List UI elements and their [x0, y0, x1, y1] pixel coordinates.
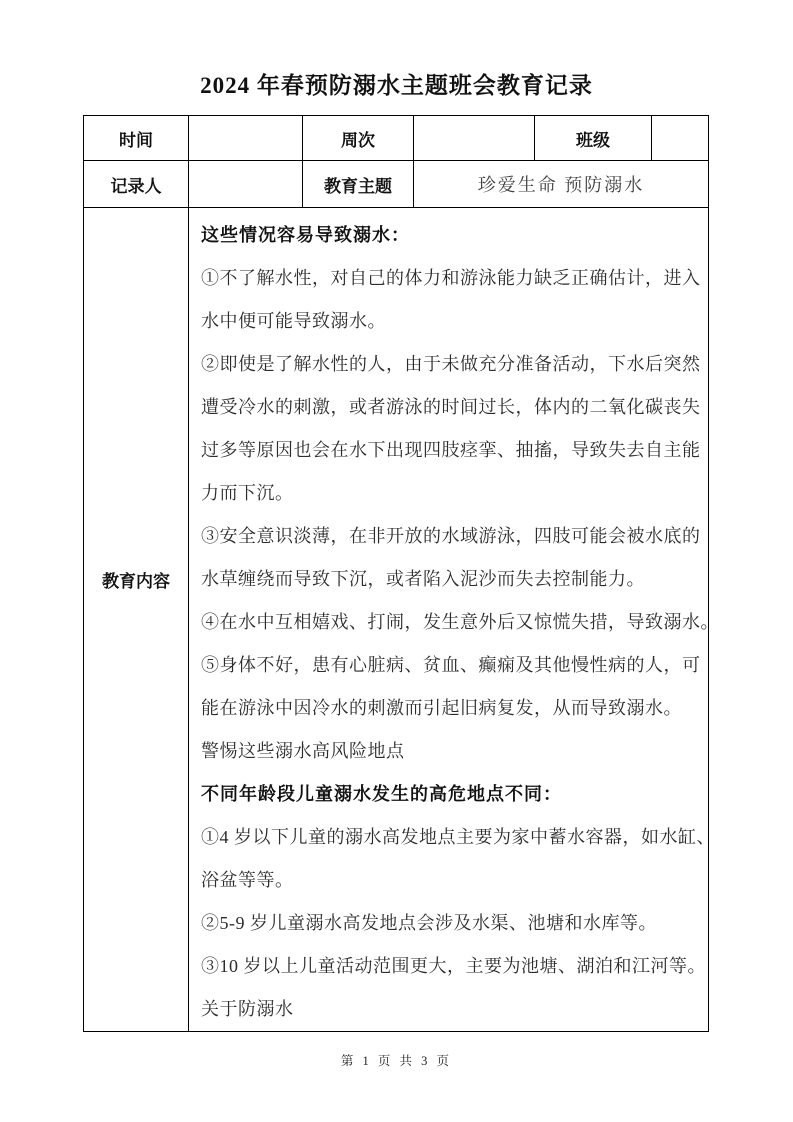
form-row-content: 教育内容 这些情况容易导致溺水： ①不了解水性，对自己的体力和游泳能力缺乏正确估… [84, 208, 709, 1032]
content-line: ③安全意识淡薄，在非开放的水域游泳，四肢可能会被水底的 [201, 515, 700, 558]
content-line: ③10 岁以上儿童活动范围更大，主要为池塘、湖泊和江河等。 [201, 945, 700, 988]
content-line: 警惕这些溺水高风险地点 [201, 730, 700, 773]
content-line: ⑤身体不好，患有心脏病、贫血、癫痫及其他慢性病的人，可 [201, 644, 700, 687]
page-number-footer: 第 1 页 共 3 页 [0, 1051, 793, 1069]
content-line: ②即使是了解水性的人，由于未做充分准备活动，下水后突然 [201, 343, 700, 386]
record-form-table: 时间 周次 班级 记录人 教育主题 珍爱生命 预防溺水 教育内容 这些情况容易导… [83, 115, 709, 1032]
form-row-header: 时间 周次 班级 [84, 116, 709, 161]
theme-value: 珍爱生命 预防溺水 [414, 161, 709, 208]
content-line: 不同年龄段儿童溺水发生的高危地点不同： [201, 773, 700, 816]
content-line: 力而下沉。 [201, 472, 700, 515]
class-value-cell [652, 116, 709, 161]
content-line: ④在水中互相嬉戏、打闹，发生意外后又惊慌失措，导致溺水。 [201, 601, 700, 644]
form-row-recorder: 记录人 教育主题 珍爱生命 预防溺水 [84, 161, 709, 208]
content-line: 过多等原因也会在水下出现四肢痉挛、抽搐，导致失去自主能 [201, 429, 700, 472]
content-line: 关于防溺水 [201, 988, 700, 1031]
week-value-cell [414, 116, 535, 161]
content-label-cell: 教育内容 [84, 208, 189, 1032]
content-line: 能在游泳中因冷水的刺激而引起旧病复发，从而导致溺水。 [201, 687, 700, 730]
content-label: 教育内容 [102, 567, 170, 592]
class-label: 班级 [535, 116, 652, 161]
time-label: 时间 [84, 116, 189, 161]
theme-label: 教育主题 [303, 161, 414, 208]
content-line: 遭受冷水的刺激，或者游泳的时间过长，体内的二氧化碳丧失 [201, 386, 700, 429]
content-line: 水中便可能导致溺水。 [201, 300, 700, 343]
content-line: ①不了解水性，对自己的体力和游泳能力缺乏正确估计，进入 [201, 257, 700, 300]
content-line: ②5-9 岁儿童溺水高发地点会涉及水渠、池塘和水库等。 [201, 902, 700, 945]
content-line: ①4 岁以下儿童的溺水高发地点主要为家中蓄水容器，如水缸、 [201, 816, 700, 859]
week-label: 周次 [303, 116, 414, 161]
time-value-cell [189, 116, 303, 161]
recorder-value-cell [189, 161, 303, 208]
education-content-cell: 这些情况容易导致溺水： ①不了解水性，对自己的体力和游泳能力缺乏正确估计，进入 … [189, 208, 709, 1032]
content-line: 浴盆等等。 [201, 859, 700, 902]
recorder-label: 记录人 [84, 161, 189, 208]
content-line: 水草缠绕而导致下沉，或者陷入泥沙而失去控制能力。 [201, 558, 700, 601]
document-page: 2024 年春预防溺水主题班会教育记录 时间 周次 班级 记录人 教育主题 [0, 0, 793, 1122]
content-line: 这些情况容易导致溺水： [201, 214, 700, 257]
document-title: 2024 年春预防溺水主题班会教育记录 [0, 0, 793, 100]
